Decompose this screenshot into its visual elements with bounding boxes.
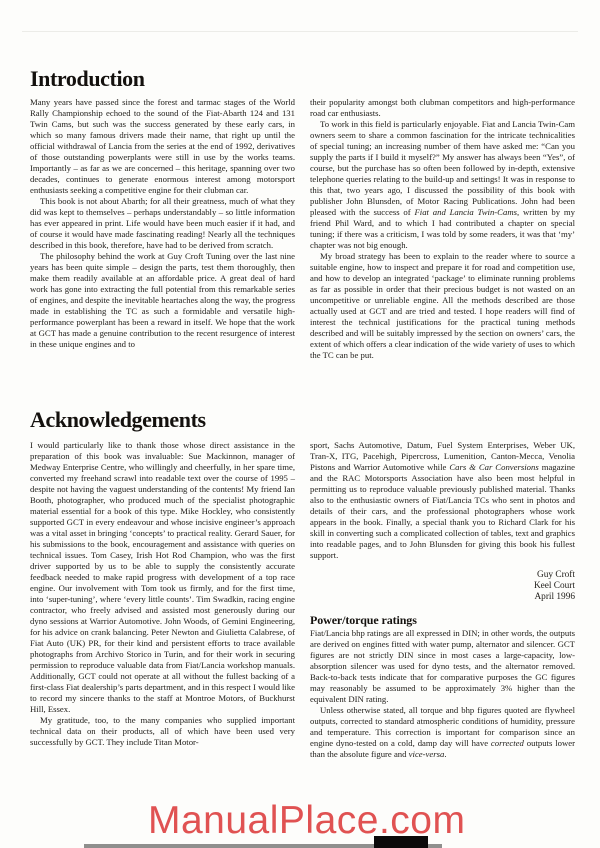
scan-artifact-black-mark [374,836,428,848]
intro-heading: Introduction [30,66,145,92]
signature-place: Keel Court [310,581,575,592]
ack-paragraph: sport, Sachs Automotive, Datum, Fuel Sys… [310,440,575,561]
intro-paragraph: This book is not about Abarth; for all t… [30,196,295,251]
intro-paragraph: My broad strategy has been to explain to… [310,251,575,361]
intro-paragraph: Many years have passed since the forest … [30,97,295,196]
scanned-page: Introduction Many years have passed sinc… [0,0,600,848]
signature-author: Guy Croft [310,570,575,581]
acknowledgements-heading: Acknowledgements [30,407,206,433]
intro-paragraph: The philosophy behind the work at Guy Cr… [30,251,295,350]
intro-paragraph: their popularity amongst both clubman co… [310,97,575,119]
power-torque-section: Power/torque ratings Fiat/Lancia bhp rat… [310,615,575,760]
ack-column-right: sport, Sachs Automotive, Datum, Fuel Sys… [310,440,575,760]
power-paragraph: Fiat/Lancia bhp ratings are all expresse… [310,628,575,705]
intro-column-right: their popularity amongst both clubman co… [310,97,575,361]
author-signature-block: Guy Croft Keel Court April 1996 [310,570,575,603]
power-paragraph: Unless otherwise stated, all torque and … [310,705,575,760]
ack-paragraph: I would particularly like to thank those… [30,440,295,715]
scan-page-edge [22,31,578,32]
intro-paragraph: To work in this field is particularly en… [310,119,575,251]
ack-column-left: I would particularly like to thank those… [30,440,295,748]
ack-paragraph: My gratitude, too, to the many companies… [30,715,295,748]
signature-date: April 1996 [310,592,575,603]
power-torque-heading: Power/torque ratings [310,615,575,626]
intro-column-left: Many years have passed since the forest … [30,97,295,350]
